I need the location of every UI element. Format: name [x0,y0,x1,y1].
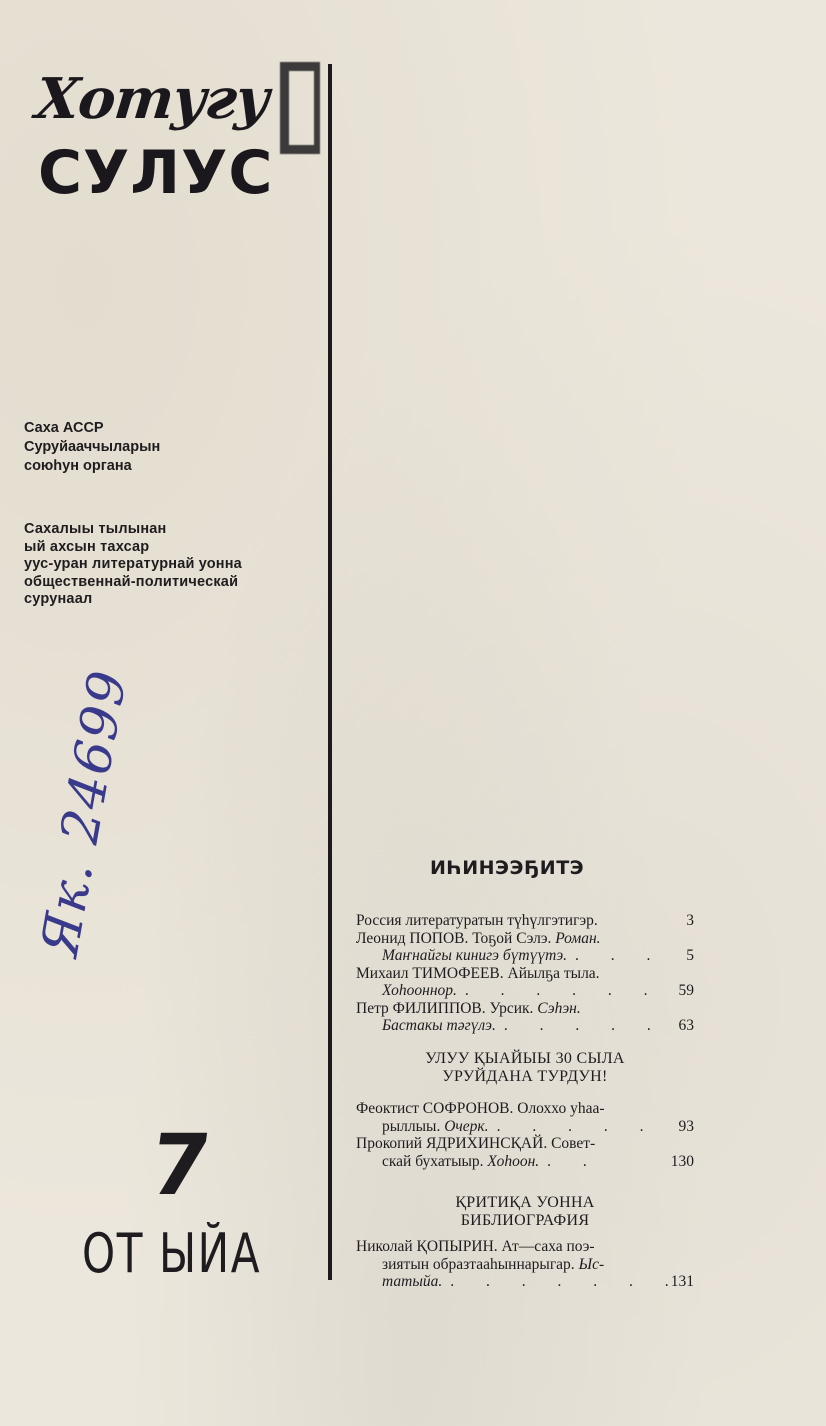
toc-entry-subtitle: Бастакы тəгүлэ. [382,1017,496,1034]
description-line: общественнай-политическай [24,574,242,592]
organ-line: Саха АССР [24,419,160,438]
toc-page-number: 131 [671,1273,694,1291]
toc-entry: Россия литературатын түһүлгэтигэр. 3 [356,912,694,930]
toc-entry-continuation: Бастакы тəгүлэ.. . . . . 63 [356,1017,694,1035]
issue-month: ОТ ЫЙА [82,1224,261,1284]
contents-group-1: Россия литературатын түһүлгэтигэр. 3 Лео… [356,912,694,1035]
toc-entry-genre: Хоһоон. [487,1153,539,1170]
contents-group-3: Николай ҚОПЫРИН. Ат—саха поэ- зиятын обр… [356,1238,694,1291]
toc-entry-title: зиятын образтааһыннарыгар. [382,1256,575,1273]
toc-entry-title: Леонид ПОПОВ. Тоҕой Сэлэ. [356,930,551,947]
toc-entry-continuation: татыйа.. . . . . . . 131 [356,1273,694,1291]
toc-entry-title: Феоктист СОФРОНОВ. Олоххо уһаа- [356,1100,605,1117]
toc-page-number: 63 [679,1017,695,1035]
toc-entry-title: Прокопий ЯДРИХИНСҚАЙ. Совет- [356,1135,595,1152]
toc-entry-genre: татыйа. [382,1273,442,1290]
toc-entry-title: рыллыы. [382,1118,440,1135]
toc-entry: Прокопий ЯДРИХИНСҚАЙ. Совет- [356,1135,694,1153]
section-heading-line: УРУЙДАНА ТУРДУН! [356,1068,694,1086]
description-line: сурунаал [24,591,242,609]
toc-entry-title: Петр ФИЛИППОВ. Урсик. [356,1000,533,1017]
magazine-description: Сахалыы тылынан ый ахсын тахсар уус-уран… [24,521,242,609]
toc-entry: Петр ФИЛИППОВ. Урсик. Сэһэн. [356,1000,694,1018]
magazine-title-script: Хотугу [33,66,272,132]
toc-entry-genre: Роман. [555,930,600,947]
toc-entry: Леонид ПОПОВ. Тоҕой Сэлэ. Роман. [356,930,694,948]
toc-entry-subtitle: Маҥнайгы кинигэ бүтүүтэ. [382,947,567,964]
toc-entry: Феоктист СОФРОНОВ. Олоххо уһаа- [356,1100,694,1118]
toc-entry-title: Россия литературатын түһүлгэтигэр. [356,912,598,929]
section-heading-line: УЛУУ ҚЫАЙЫЫ 30 СЫЛА [356,1050,694,1068]
toc-entry-continuation: Хоһооннор.. . . . . . 59 [356,982,694,1000]
magazine-title-main: СУЛУС [38,138,273,208]
section-heading-line: ҚРИТИҚА УОННА [356,1194,694,1212]
toc-page-number: 93 [679,1118,695,1136]
handwritten-catalog-number: Як. 24699 [30,665,139,961]
toc-entry-title: Николай ҚОПЫРИН. Ат—саха поэ- [356,1238,595,1255]
toc-entry-continuation: рыллыы. Очерк.. . . . . 93 [356,1118,694,1136]
toc-page-number: 3 [686,912,694,930]
toc-entry: Николай ҚОПЫРИН. Ат—саха поэ- [356,1238,694,1256]
toc-entry-genre: Сэһэн. [537,1000,580,1017]
organ-line: Суруйааччыларын [24,438,160,457]
contents-group-2: Феоктист СОФРОНОВ. Олоххо уһаа- рыллыы. … [356,1100,694,1170]
section-heading-victory: УЛУУ ҚЫАЙЫЫ 30 СЫЛА УРУЙДАНА ТУРДУН! [356,1050,694,1086]
vertical-divider [328,64,332,1280]
issue-number: 7 [144,1120,217,1210]
library-stamp [280,62,320,154]
toc-entry-continuation: скай бухатыыр. Хоһоон.. . 130 [356,1153,694,1171]
description-line: уус-уран литературнай уонна [24,556,242,574]
toc-page-number: 130 [671,1153,694,1171]
description-line: Сахалыы тылынан [24,521,242,539]
toc-entry-title: скай бухатыыр. [382,1153,484,1170]
section-heading-criticism: ҚРИТИҚА УОННА БИБЛИОГРАФИЯ [356,1194,694,1230]
toc-entry-genre: Ыс- [579,1256,605,1273]
toc-entry-genre: Хоһооннор. [382,982,457,999]
toc-entry-title: Михаил ТИМОФЕЕВ. Айылҕа тыла. [356,965,600,982]
toc-entry-continuation: зиятын образтааһыннарыгар. Ыс- [356,1256,694,1274]
description-line: ый ахсын тахсар [24,539,242,557]
toc-entry: Михаил ТИМОФЕЕВ. Айылҕа тыла. [356,965,694,983]
toc-page-number: 59 [679,982,695,1000]
contents-title: ИҺИНЭЭҔИТЭ [430,857,584,879]
toc-entry-genre: Очерк. [444,1118,488,1135]
section-heading-line: БИБЛИОГРАФИЯ [356,1212,694,1230]
publisher-organ: Саха АССР Суруйааччыларын союһун органа [24,419,160,476]
organ-line: союһун органа [24,457,160,476]
toc-page-number: 5 [686,947,694,965]
toc-entry-continuation: Маҥнайгы кинигэ бүтүүтэ.. . . 5 [356,947,694,965]
